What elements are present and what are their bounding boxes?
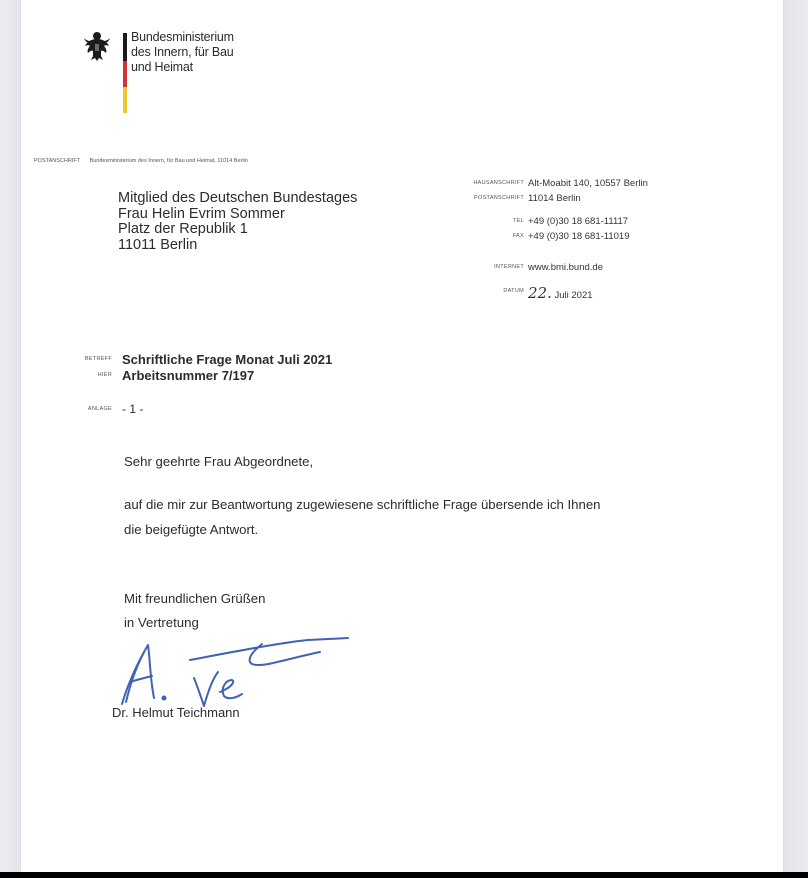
ministry-name-line: Bundesministerium	[131, 30, 331, 45]
on-behalf: in Vertretung	[124, 615, 199, 630]
viewer-left-margin	[0, 0, 21, 872]
hausanschrift-value: Alt-Moabit 140, 10557 Berlin	[528, 178, 648, 189]
recipient-address: Mitglied des Deutschen Bundestages Frau …	[118, 191, 357, 253]
federal-eagle-icon	[82, 30, 112, 62]
hier-value: Arbeitsnummer 7/197	[122, 368, 254, 383]
datum-value: Juli 2021	[555, 290, 593, 301]
hier-label: HIER	[60, 372, 112, 378]
salutation: Sehr geehrte Frau Abgeordnete,	[124, 454, 313, 469]
handwritten-signature	[112, 630, 362, 710]
body-paragraph-line: die beigefügte Antwort.	[124, 522, 258, 537]
betreff-label: BETREFF	[60, 356, 112, 362]
document-page	[21, 0, 783, 872]
recipient-line: Mitglied des Deutschen Bundestages	[118, 191, 357, 207]
anlage-label: ANLAGE	[60, 406, 112, 412]
ministry-name-line: des Innern, für Bau	[131, 45, 331, 60]
return-address-value: Bundesministerium des Innern, für Bau un…	[90, 158, 248, 164]
ministry-name: Bundesministerium des Innern, für Bau un…	[131, 30, 331, 75]
datum-label: DATUM	[440, 288, 524, 294]
ministry-name-line: und Heimat	[131, 60, 331, 75]
recipient-line: Platz der Republik 1	[118, 222, 357, 238]
recipient-line: Frau Helin Evrim Sommer	[118, 207, 357, 223]
viewer-bottom-bar	[0, 872, 808, 878]
betreff-value: Schriftliche Frage Monat Juli 2021	[122, 352, 332, 367]
recipient-line: 11011 Berlin	[118, 238, 357, 254]
internet-label: INTERNET	[440, 264, 524, 270]
anlage-value: - 1 -	[122, 402, 143, 416]
postanschrift-label: POSTANSCHRIFT	[440, 195, 524, 201]
fax-value: +49 (0)30 18 681-11019	[528, 231, 630, 242]
fax-label: FAX	[440, 233, 524, 239]
datum-day-handwritten: 22.	[528, 284, 552, 302]
body-paragraph-line: auf die mir zur Beantwortung zugewiesene…	[124, 497, 600, 512]
closing: Mit freundlichen Grüßen	[124, 591, 265, 606]
tel-label: TEL	[440, 218, 524, 224]
return-address-line: POSTANSCHRIFT Bundesministerium des Inne…	[34, 158, 248, 164]
postanschrift-value: 11014 Berlin	[528, 193, 581, 204]
viewer-right-margin	[783, 0, 808, 872]
flag-bar	[123, 33, 127, 113]
hausanschrift-label: HAUSANSCHRIFT	[440, 180, 524, 186]
signer-name: Dr. Helmut Teichmann	[112, 705, 240, 720]
return-address-label: POSTANSCHRIFT	[34, 158, 80, 164]
internet-link[interactable]: www.bmi.bund.de	[528, 262, 603, 273]
tel-value: +49 (0)30 18 681-11117	[528, 216, 628, 227]
